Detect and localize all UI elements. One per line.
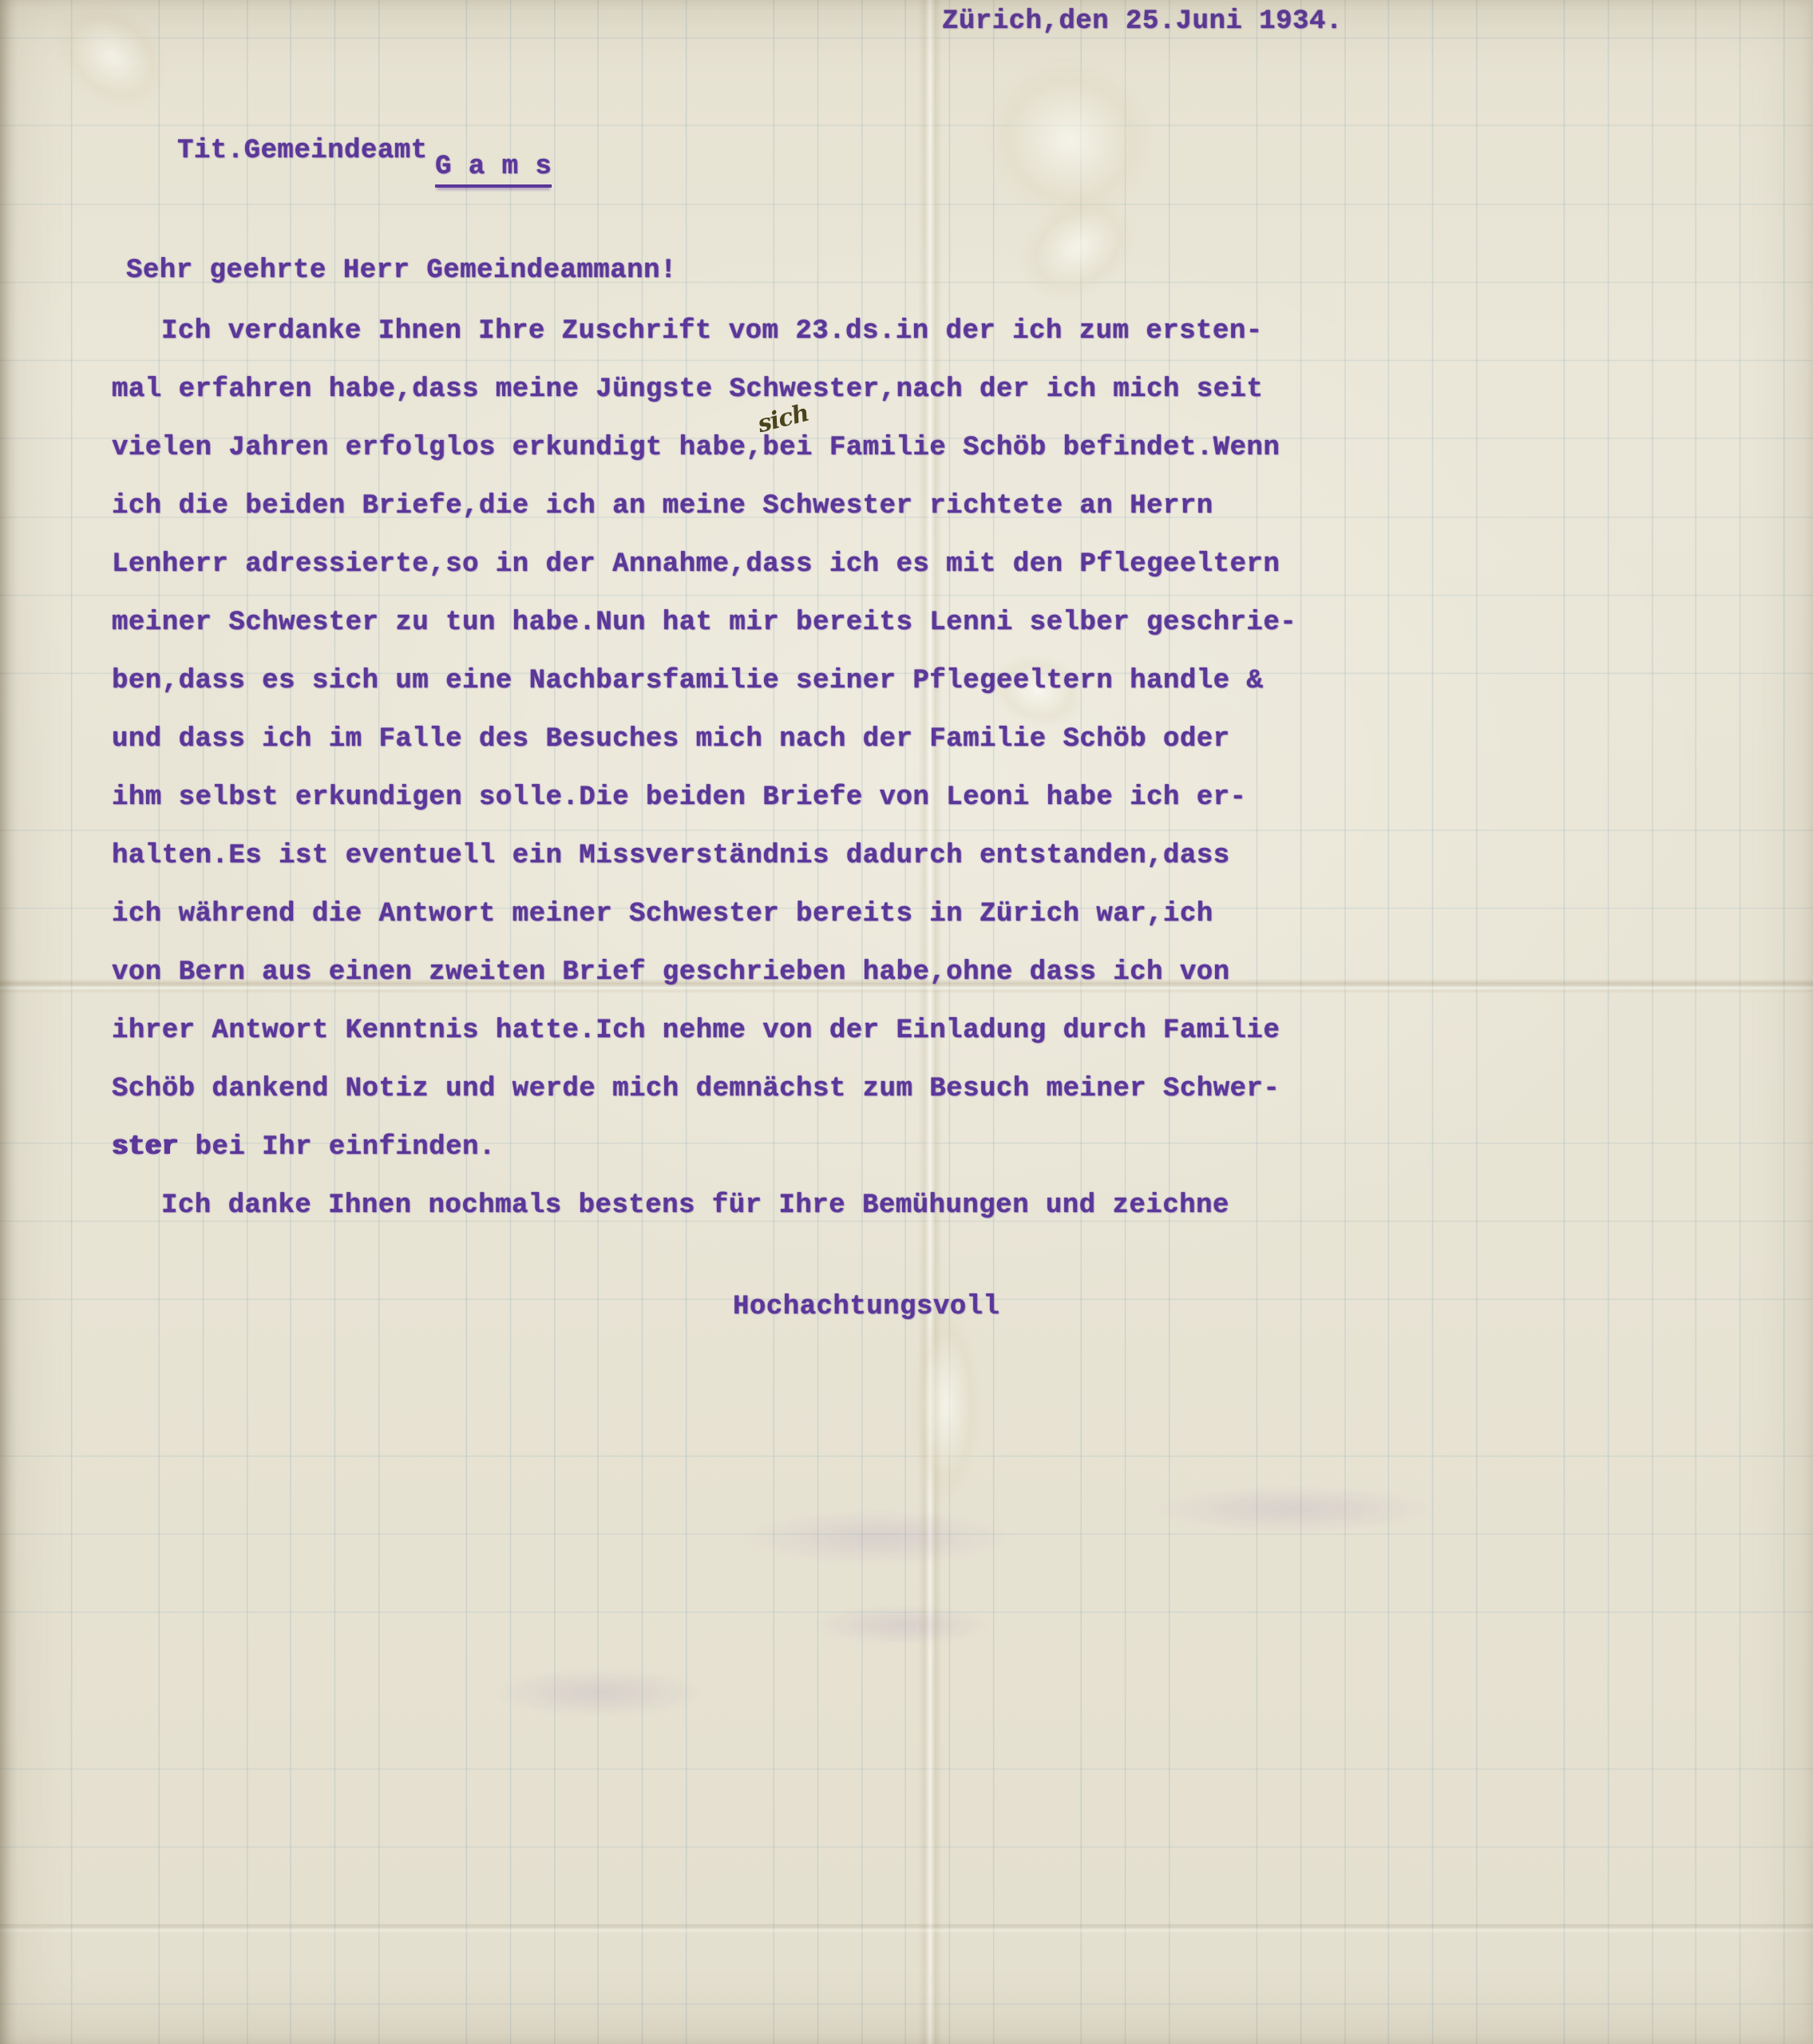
paper-left-edge: [0, 0, 18, 2044]
paper-edge-shadow: [0, 0, 1813, 2044]
letter-page: { "letter": { "dateline": "Zürich,den 25…: [0, 0, 1813, 2044]
